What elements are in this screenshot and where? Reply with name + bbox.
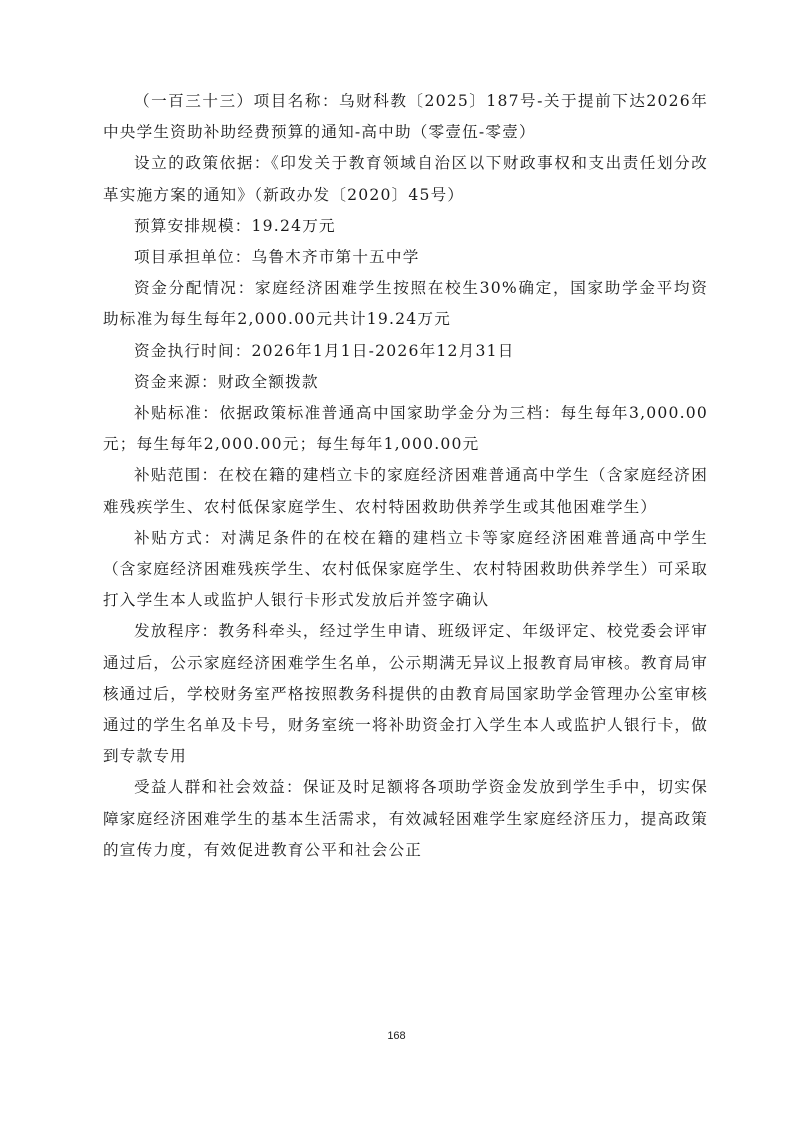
project-title-paragraph: （一百三十三）项目名称：乌财科教〔2025〕187号-关于提前下达2026年中央… [103,86,708,148]
beneficiaries-paragraph: 受益人群和社会效益：保证及时足额将各项助学资金发放到学生手中，切实保障家庭经济困… [103,772,708,866]
responsible-unit-paragraph: 项目承担单位：乌鲁木齐市第十五中学 [103,242,708,273]
fund-allocation-paragraph: 资金分配情况：家庭经济困难学生按照在校生30%确定，国家助学金平均资助标准为每生… [103,273,708,335]
document-page: （一百三十三）项目名称：乌财科教〔2025〕187号-关于提前下达2026年中央… [0,0,793,1122]
budget-scale-paragraph: 预算安排规模：19.24万元 [103,211,708,242]
subsidy-standard-paragraph: 补贴标准：依据政策标准普通高中国家助学金分为三档：每生每年3,000.00元；每… [103,398,708,460]
distribution-procedure-paragraph: 发放程序：教务科牵头，经过学生申请、班级评定、年级评定、校党委会评审通过后，公示… [103,616,708,772]
fund-source-paragraph: 资金来源：财政全额拨款 [103,367,708,398]
document-body: （一百三十三）项目名称：乌财科教〔2025〕187号-关于提前下达2026年中央… [103,86,708,866]
policy-basis-paragraph: 设立的政策依据：《印发关于教育领域自治区以下财政事权和支出责任划分改革实施方案的… [103,148,708,210]
page-number: 168 [0,1030,793,1042]
subsidy-scope-paragraph: 补贴范围：在校在籍的建档立卡的家庭经济困难普通高中学生（含家庭经济困难残疾学生、… [103,460,708,522]
subsidy-method-paragraph: 补贴方式：对满足条件的在校在籍的建档立卡等家庭经济困难普通高中学生（含家庭经济困… [103,523,708,617]
execution-period-paragraph: 资金执行时间：2026年1月1日-2026年12月31日 [103,336,708,367]
